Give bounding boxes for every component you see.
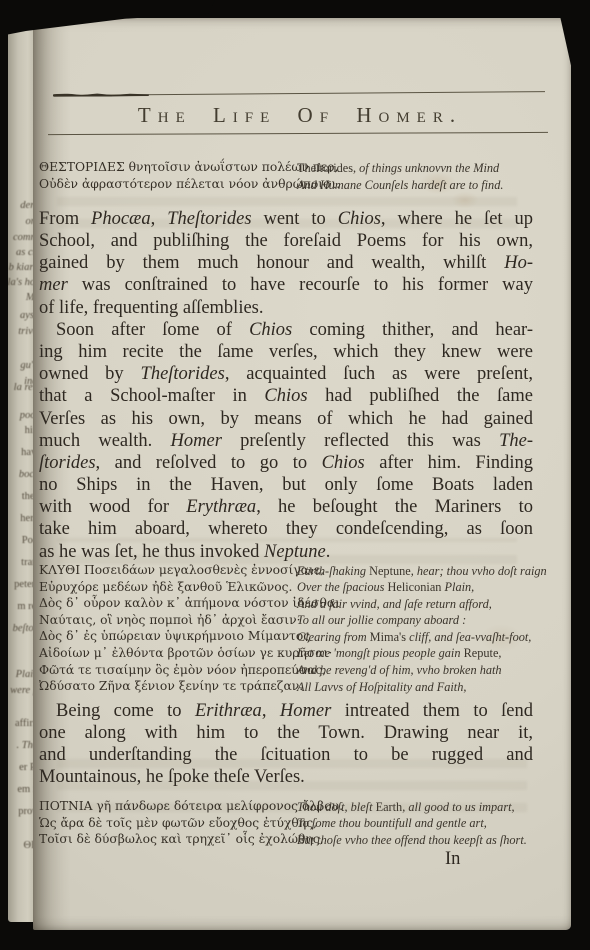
paragraph-2: Soon after ſome of Chios coming thither,…	[39, 319, 533, 563]
text-line: gained by them much honour and wealth, w…	[39, 252, 533, 274]
text-line: mer was conſtrained to have recourſe to …	[39, 274, 533, 296]
greek-verse-line: Δὸς δ᾽ ἐς ὑπώρειαν ὑψικρήμνοιο Μίμαντος	[39, 628, 295, 645]
greek-verse-line: ΚΛΥΘΙ Ποσειδάων μεγαλοσθενὲς ἐννοσίγαιε,	[39, 562, 295, 579]
text-line: Soon after ſome of Chios coming thither,…	[39, 319, 533, 341]
epigraph-greek: ΘΕΣΤΟΡΙΔΕΣ θνητοῖσιν ἀνωΐστων πολέων περ…	[39, 159, 295, 193]
epigraph-greek-line: ΘΕΣΤΟΡΙΔΕΣ θνητοῖσιν ἀνωΐστων πολέων περ…	[39, 159, 295, 176]
earth-verse-english: Thou doſt, bleſt Earth, all good to us i…	[297, 799, 541, 849]
english-verse-line: And be reveng'd of him, vvho broken hath	[297, 662, 541, 679]
text-line: School, and publiſhing the foreſaid Poem…	[39, 230, 533, 252]
greek-verse-line: ΠΟΤΝΙΑ γῆ πάνδωρε δότειρα μελίφρονος ὄλβ…	[39, 798, 295, 815]
greek-verse-line: Ναύταις, οἳ νηὸς πομποὶ ἠδ᾽ ἀρχοὶ ἔασιν·	[39, 612, 295, 629]
english-verse-line: Clearing from Mima's cliff, and ſea-vvaſ…	[297, 629, 541, 646]
epigraph-english-line: Theſtorides, of things unknovvn the Mind	[297, 160, 541, 177]
english-verse-line: To all our jollie company aboard :	[297, 612, 541, 629]
greek-verse-line: Ὠδύσατο Ζῆνα ξένιον ξενίην τε τράπεζαν.	[39, 678, 295, 695]
text-line: as he was ſet, he thus invoked Neptune.	[39, 541, 533, 563]
greek-verse-line: Τοῖσι δὲ δύσβωλος καὶ τρηχεῖ᾽ οἷς ἐχολώθ…	[39, 831, 295, 848]
english-verse-line: And a fair vvind, and ſafe return afford…	[297, 596, 541, 613]
greek-verse-line: Εὐρυχόρε μεδέων ἠδὲ ξανθοῦ Ἑλικῶνος.	[39, 579, 295, 596]
text-line: take him aboard, whereto they condeſcend…	[39, 518, 533, 540]
text-line: Being come to Erithræa, Homer intreated …	[39, 700, 533, 722]
text-line: with wood for Erythræa, he beſought the …	[39, 496, 533, 518]
english-verse-line: Over the ſpacious Heliconian Plain,	[297, 579, 541, 596]
english-verse-line: Let me 'mongſt pious people gain Repute,	[297, 645, 541, 662]
english-verse-line: But thoſe vvho thee offend thou keepſt a…	[297, 832, 541, 849]
epigraph-english: Theſtorides, of things unknovvn the Mind…	[297, 160, 541, 194]
earth-verse-greek: ΠΟΤΝΙΑ γῆ πάνδωρε δότειρα μελίφρονος ὄλβ…	[39, 798, 295, 848]
epigraph-english-line: And Humane Counſels hardeſt are to find.	[297, 177, 541, 194]
text-line: that a School-maſter in Chios had publiſ…	[39, 385, 533, 407]
neptune-verse: ΚΛΥΘΙ Ποσειδάων μεγαλοσθενὲς ἐννοσίγαιε,…	[39, 562, 541, 698]
neptune-verse-english: Earth-ſhaking Neptune, hear; thou vvho d…	[297, 563, 541, 696]
english-verse-line: Thou doſt, bleſt Earth, all good to us i…	[297, 799, 541, 816]
recto-page: The Life Of Homer. ΘΕΣΤΟΡΙΔΕΣ θνητοῖσιν …	[33, 18, 571, 930]
rule-ink-smudge	[53, 93, 149, 97]
page-title: The Life Of Homer.	[53, 103, 547, 128]
header-rule-bottom	[48, 132, 548, 135]
earth-verse: ΠΟΤΝΙΑ γῆ πάνδωρε δότειρα μελίφρονος ὄλβ…	[39, 798, 541, 852]
text-line: Verſes as his own, by means of which he …	[39, 408, 533, 430]
english-verse-line: Earth-ſhaking Neptune, hear; thou vvho d…	[297, 563, 541, 580]
text-line: owned by Theſtorides, acquainted ſuch as…	[39, 363, 533, 385]
epigraph: ΘΕΣΤΟΡΙΔΕΣ θνητοῖσιν ἀνωΐστων πολέων περ…	[39, 159, 541, 199]
text-line: ing him recite the ſame verſes, which th…	[39, 341, 533, 363]
paragraph-3: Being come to Erithræa, Homer intreated …	[39, 700, 533, 789]
text-line: ſtorides, and reſolved to go to Chios af…	[39, 452, 533, 474]
text-line: and underſtanding the ſcituation to be r…	[39, 744, 533, 766]
text-line: Mountainous, he ſpoke theſe Verſes.	[39, 766, 533, 788]
neptune-verse-greek: ΚΛΥΘΙ Ποσειδάων μεγαλοσθενὲς ἐννοσίγαιε,…	[39, 562, 295, 695]
header-rule-top	[53, 91, 545, 96]
text-line: much wealth. Homer preſently reflected t…	[39, 430, 533, 452]
epigraph-greek-line: Οὐδὲν ἀφραστότερον πέλεται νόον ἀνθρώποι…	[39, 176, 295, 193]
book-photo: ders,om,commias creb kiarmla's hoſtMſ:ay…	[0, 0, 590, 950]
greek-verse-line: Ὡς ἄρα δὲ τοῖς μὲν φωτῶν εὔοχθος ἐτύχθης…	[39, 815, 295, 832]
english-verse-line: All Lavvs of Hoſpitality and Faith,	[297, 679, 541, 696]
english-verse-line: To ſome thou bountifull and gentle art,	[297, 815, 541, 832]
catchword: In	[445, 849, 460, 870]
paragraph-1: From Phocæa, Theſtorides went to Chios, …	[39, 208, 533, 319]
greek-verse-line: Αἰδοίων μ᾽ ἐλθόντα βροτῶν ὁσίων γε κυρῆσ…	[39, 645, 295, 662]
text-line: From Phocæa, Theſtorides went to Chios, …	[39, 208, 533, 230]
text-line: of life, frequenting aſſemblies.	[39, 297, 533, 319]
text-line: one along with him to the Town. Drawing …	[39, 722, 533, 744]
greek-verse-line: Φῶτά τε τισαίμην ὃς ἐμὸν νόον ἠπεροπεύσα…	[39, 662, 295, 679]
text-line: no Ships in the Haven, but only ſome Boa…	[39, 474, 533, 496]
greek-verse-line: Δὸς δ᾽ οὖρον καλὸν κ᾽ ἀπήμονα νόστον ἰδέ…	[39, 595, 295, 612]
